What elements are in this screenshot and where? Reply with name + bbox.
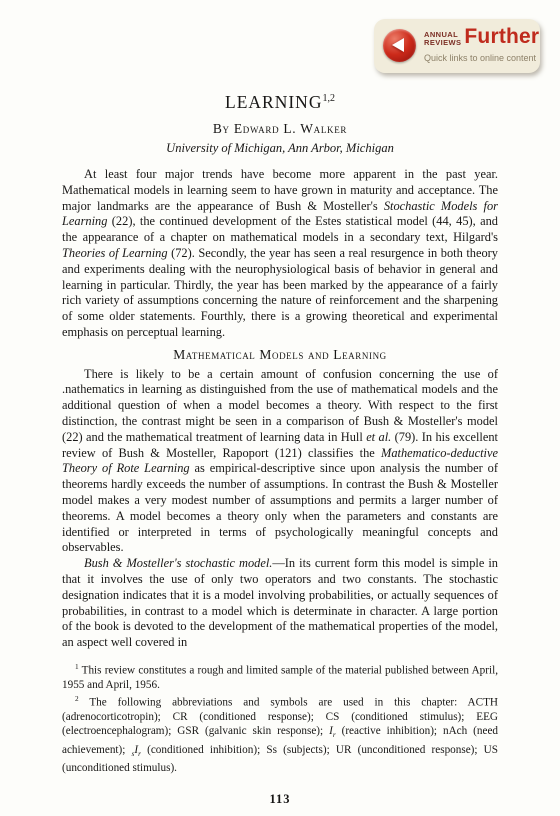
byline: By Edward L. Walker [0,121,560,137]
section-heading: Mathematical Models and Learning [62,347,498,363]
further-label: Further [464,25,539,49]
title-footnote-marker: 1,2 [322,93,335,104]
affiliation: University of Michigan, Ann Arbor, Michi… [0,141,560,156]
page-title: LEARNING1,2 [225,92,335,112]
paragraph-3: Bush & Mosteller's stochastic model.—In … [62,556,498,651]
journal-page: ANNUAL REVIEWS Further Quick links to on… [0,0,560,816]
footnote-2: 2 The following abbreviations and symbol… [62,692,498,775]
page-number: 113 [62,792,498,808]
further-badge[interactable]: ANNUAL REVIEWS Further Quick links to on… [374,19,540,73]
paragraph-1: At least four major trends have become m… [62,167,498,341]
paragraph-2: There is likely to be a certain amount o… [62,367,498,557]
footnotes: 1 This review constitutes a rough and li… [62,660,498,775]
annual-reviews-label: ANNUAL REVIEWS [424,31,461,47]
footnote-1: 1 This review constitutes a rough and li… [62,660,498,692]
article-body: At least four major trends have become m… [62,167,498,808]
badge-tagline: Quick links to online content [424,53,536,63]
title-text: LEARNING [225,92,322,112]
play-back-icon[interactable] [383,29,416,62]
left-triangle-icon [392,38,404,52]
